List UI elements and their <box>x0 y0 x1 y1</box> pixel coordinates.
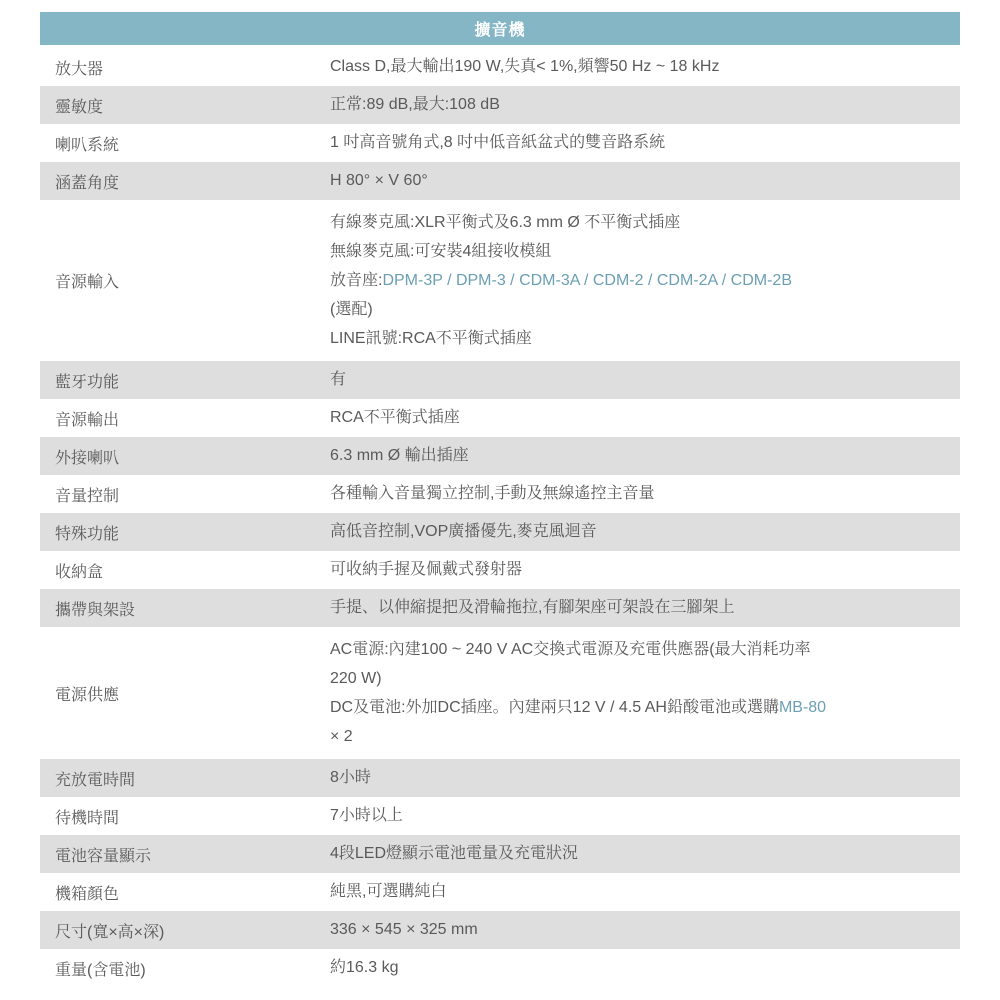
spec-value-line: H 80° × V 60° <box>330 170 948 192</box>
table-title: 擴音機 <box>474 17 525 40</box>
spec-value-line: 4段LED燈顯示電池電量及充電狀況 <box>330 843 948 865</box>
spec-text: DC及電池:外加DC插座。內建兩只12 V / 4.5 AH鉛酸電池或選購 <box>330 699 779 716</box>
spec-value: 有 <box>330 369 960 391</box>
spec-value-line: 高低音控制,VOP廣播優先,麥克風迴音 <box>330 521 948 543</box>
spec-value: 7小時以上 <box>330 805 960 827</box>
spec-value-line: 正常:89 dB,最大:108 dB <box>330 94 948 116</box>
spec-text: 8小時 <box>330 769 371 786</box>
spec-label: 電池容量顯示 <box>40 843 330 866</box>
spec-table: 擴音機 放大器Class D,最大輸出190 W,失真< 1%,頻響50 Hz … <box>40 12 960 987</box>
spec-value: 6.3 mm Ø 輸出插座 <box>330 445 960 467</box>
spec-row: 喇叭系統1 吋高音號角式,8 吋中低音紙盆式的雙音路系統 <box>40 124 960 162</box>
spec-text: 336 × 545 × 325 mm <box>330 921 478 938</box>
spec-row: 音量控制各種輸入音量獨立控制,手動及無線遙控主音量 <box>40 475 960 513</box>
spec-text: 正常:89 dB,最大:108 dB <box>330 96 500 113</box>
spec-text: LINE訊號:RCA不平衡式插座 <box>330 330 532 347</box>
spec-value-line: 可收納手握及佩戴式發射器 <box>330 559 948 581</box>
spec-row: 攜帶與架設手提、以伸縮提把及滑輪拖拉,有腳架座可架設在三腳架上 <box>40 589 960 627</box>
spec-row: 靈敏度正常:89 dB,最大:108 dB <box>40 86 960 124</box>
spec-label: 待機時間 <box>40 805 330 828</box>
spec-row: 待機時間7小時以上 <box>40 797 960 835</box>
spec-value: 336 × 545 × 325 mm <box>330 919 960 941</box>
spec-text: 220 W) <box>330 670 382 687</box>
spec-value-line: 1 吋高音號角式,8 吋中低音紙盆式的雙音路系統 <box>330 132 948 154</box>
spec-value: 4段LED燈顯示電池電量及充電狀況 <box>330 843 960 865</box>
spec-value-line: 有線麥克風:XLR平衡式及6.3 mm Ø 不平衡式插座 <box>330 208 948 237</box>
spec-value: 各種輸入音量獨立控制,手動及無線遙控主音量 <box>330 483 960 505</box>
spec-label: 放大器 <box>40 56 330 79</box>
spec-text: 約16.3 kg <box>330 959 399 976</box>
spec-value: RCA不平衡式插座 <box>330 407 960 429</box>
spec-row: 音源輸出RCA不平衡式插座 <box>40 399 960 437</box>
spec-value-line: 336 × 545 × 325 mm <box>330 919 948 941</box>
spec-value: 純黑,可選購純白 <box>330 881 960 903</box>
spec-text: 各種輸入音量獨立控制,手動及無線遙控主音量 <box>330 485 654 502</box>
spec-text: 有線麥克風:XLR平衡式及6.3 mm Ø 不平衡式插座 <box>330 214 680 231</box>
spec-label: 攜帶與架設 <box>40 597 330 620</box>
spec-row: 藍牙功能有 <box>40 361 960 399</box>
spec-text: 4段LED燈顯示電池電量及充電狀況 <box>330 845 578 862</box>
spec-value-line: 6.3 mm Ø 輸出插座 <box>330 445 948 467</box>
spec-value: 約16.3 kg <box>330 957 960 979</box>
spec-row: 重量(含電池)約16.3 kg <box>40 949 960 987</box>
spec-value-line: RCA不平衡式插座 <box>330 407 948 429</box>
spec-row: 涵蓋角度H 80° × V 60° <box>40 162 960 200</box>
spec-label: 音源輸入 <box>40 269 330 292</box>
spec-value: AC電源:內建100 ~ 240 V AC交換式電源及充電供應器(最大消耗功率2… <box>330 627 960 759</box>
spec-value-line: 手提、以伸縮提把及滑輪拖拉,有腳架座可架設在三腳架上 <box>330 597 948 619</box>
spec-value-line: 有 <box>330 369 948 391</box>
spec-value-line: 7小時以上 <box>330 805 948 827</box>
spec-text: 純黑,可選購純白 <box>330 883 446 900</box>
spec-value-line: AC電源:內建100 ~ 240 V AC交換式電源及充電供應器(最大消耗功率 <box>330 635 948 664</box>
spec-row: 機箱顏色純黑,可選購純白 <box>40 873 960 911</box>
spec-value: 有線麥克風:XLR平衡式及6.3 mm Ø 不平衡式插座無線麥克風:可安裝4組接… <box>330 200 960 361</box>
spec-label: 涵蓋角度 <box>40 170 330 193</box>
spec-text: RCA不平衡式插座 <box>330 409 460 426</box>
spec-label: 靈敏度 <box>40 94 330 117</box>
spec-text: 手提、以伸縮提把及滑輪拖拉,有腳架座可架設在三腳架上 <box>330 599 734 616</box>
spec-row: 尺寸(寬×高×深)336 × 545 × 325 mm <box>40 911 960 949</box>
spec-label: 音量控制 <box>40 483 330 506</box>
spec-value-line: 各種輸入音量獨立控制,手動及無線遙控主音量 <box>330 483 948 505</box>
spec-value: 手提、以伸縮提把及滑輪拖拉,有腳架座可架設在三腳架上 <box>330 597 960 619</box>
spec-label: 喇叭系統 <box>40 132 330 155</box>
spec-value-line: 220 W) <box>330 664 948 693</box>
spec-text: 放音座: <box>330 272 382 289</box>
spec-row: 音源輸入有線麥克風:XLR平衡式及6.3 mm Ø 不平衡式插座無線麥克風:可安… <box>40 200 960 361</box>
spec-text: 7小時以上 <box>330 807 403 824</box>
spec-label: 收納盒 <box>40 559 330 582</box>
spec-text: × 2 <box>330 728 353 745</box>
spec-label: 音源輸出 <box>40 407 330 430</box>
spec-label: 尺寸(寬×高×深) <box>40 919 330 942</box>
spec-row: 充放電時間8小時 <box>40 759 960 797</box>
spec-label: 機箱顏色 <box>40 881 330 904</box>
spec-value-line: LINE訊號:RCA不平衡式插座 <box>330 324 948 353</box>
spec-value: 高低音控制,VOP廣播優先,麥克風迴音 <box>330 521 960 543</box>
spec-text: 6.3 mm Ø 輸出插座 <box>330 447 469 464</box>
spec-text: 高低音控制,VOP廣播優先,麥克風迴音 <box>330 523 597 540</box>
spec-row: 電池容量顯示4段LED燈顯示電池電量及充電狀況 <box>40 835 960 873</box>
spec-text: 1 吋高音號角式,8 吋中低音紙盆式的雙音路系統 <box>330 134 665 151</box>
spec-label: 重量(含電池) <box>40 957 330 980</box>
spec-text: 可收納手握及佩戴式發射器 <box>330 561 522 578</box>
spec-value: 可收納手握及佩戴式發射器 <box>330 559 960 581</box>
spec-text: AC電源:內建100 ~ 240 V AC交換式電源及充電供應器(最大消耗功率 <box>330 641 811 658</box>
table-header: 擴音機 <box>40 12 960 45</box>
spec-value-line: 無線麥克風:可安裝4組接收模組 <box>330 237 948 266</box>
spec-value-line: Class D,最大輸出190 W,失真< 1%,頻響50 Hz ~ 18 kH… <box>330 56 948 78</box>
spec-label: 特殊功能 <box>40 521 330 544</box>
spec-rows: 放大器Class D,最大輸出190 W,失真< 1%,頻響50 Hz ~ 18… <box>40 48 960 987</box>
spec-text: Class D,最大輸出190 W,失真< 1%,頻響50 Hz ~ 18 kH… <box>330 58 719 75</box>
spec-text: 無線麥克風:可安裝4組接收模組 <box>330 243 551 260</box>
spec-value-line: 純黑,可選購純白 <box>330 881 948 903</box>
spec-value: 1 吋高音號角式,8 吋中低音紙盆式的雙音路系統 <box>330 132 960 154</box>
spec-value: 8小時 <box>330 767 960 789</box>
spec-value-line: 放音座:DPM-3P / DPM-3 / CDM-3A / CDM-2 / CD… <box>330 266 948 295</box>
spec-text: 有 <box>330 371 346 388</box>
spec-row: 電源供應AC電源:內建100 ~ 240 V AC交換式電源及充電供應器(最大消… <box>40 627 960 759</box>
spec-row: 放大器Class D,最大輸出190 W,失真< 1%,頻響50 Hz ~ 18… <box>40 48 960 86</box>
model-link[interactable]: MB-80 <box>779 699 826 716</box>
spec-value-line: 約16.3 kg <box>330 957 948 979</box>
spec-row: 外接喇叭6.3 mm Ø 輸出插座 <box>40 437 960 475</box>
spec-value: 正常:89 dB,最大:108 dB <box>330 94 960 116</box>
spec-label: 藍牙功能 <box>40 369 330 392</box>
spec-value-line: DC及電池:外加DC插座。內建兩只12 V / 4.5 AH鉛酸電池或選購MB-… <box>330 693 948 722</box>
spec-value: Class D,最大輸出190 W,失真< 1%,頻響50 Hz ~ 18 kH… <box>330 56 960 78</box>
spec-value-line: 8小時 <box>330 767 948 789</box>
spec-text: (選配) <box>330 301 373 318</box>
spec-label: 外接喇叭 <box>40 445 330 468</box>
spec-row: 收納盒可收納手握及佩戴式發射器 <box>40 551 960 589</box>
model-link[interactable]: DPM-3P / DPM-3 / CDM-3A / CDM-2 / CDM-2A… <box>382 272 792 289</box>
spec-value-line: (選配) <box>330 295 948 324</box>
spec-label: 充放電時間 <box>40 767 330 790</box>
spec-value: H 80° × V 60° <box>330 170 960 192</box>
spec-value-line: × 2 <box>330 722 948 751</box>
spec-label: 電源供應 <box>40 682 330 705</box>
spec-row: 特殊功能高低音控制,VOP廣播優先,麥克風迴音 <box>40 513 960 551</box>
spec-text: H 80° × V 60° <box>330 172 428 189</box>
